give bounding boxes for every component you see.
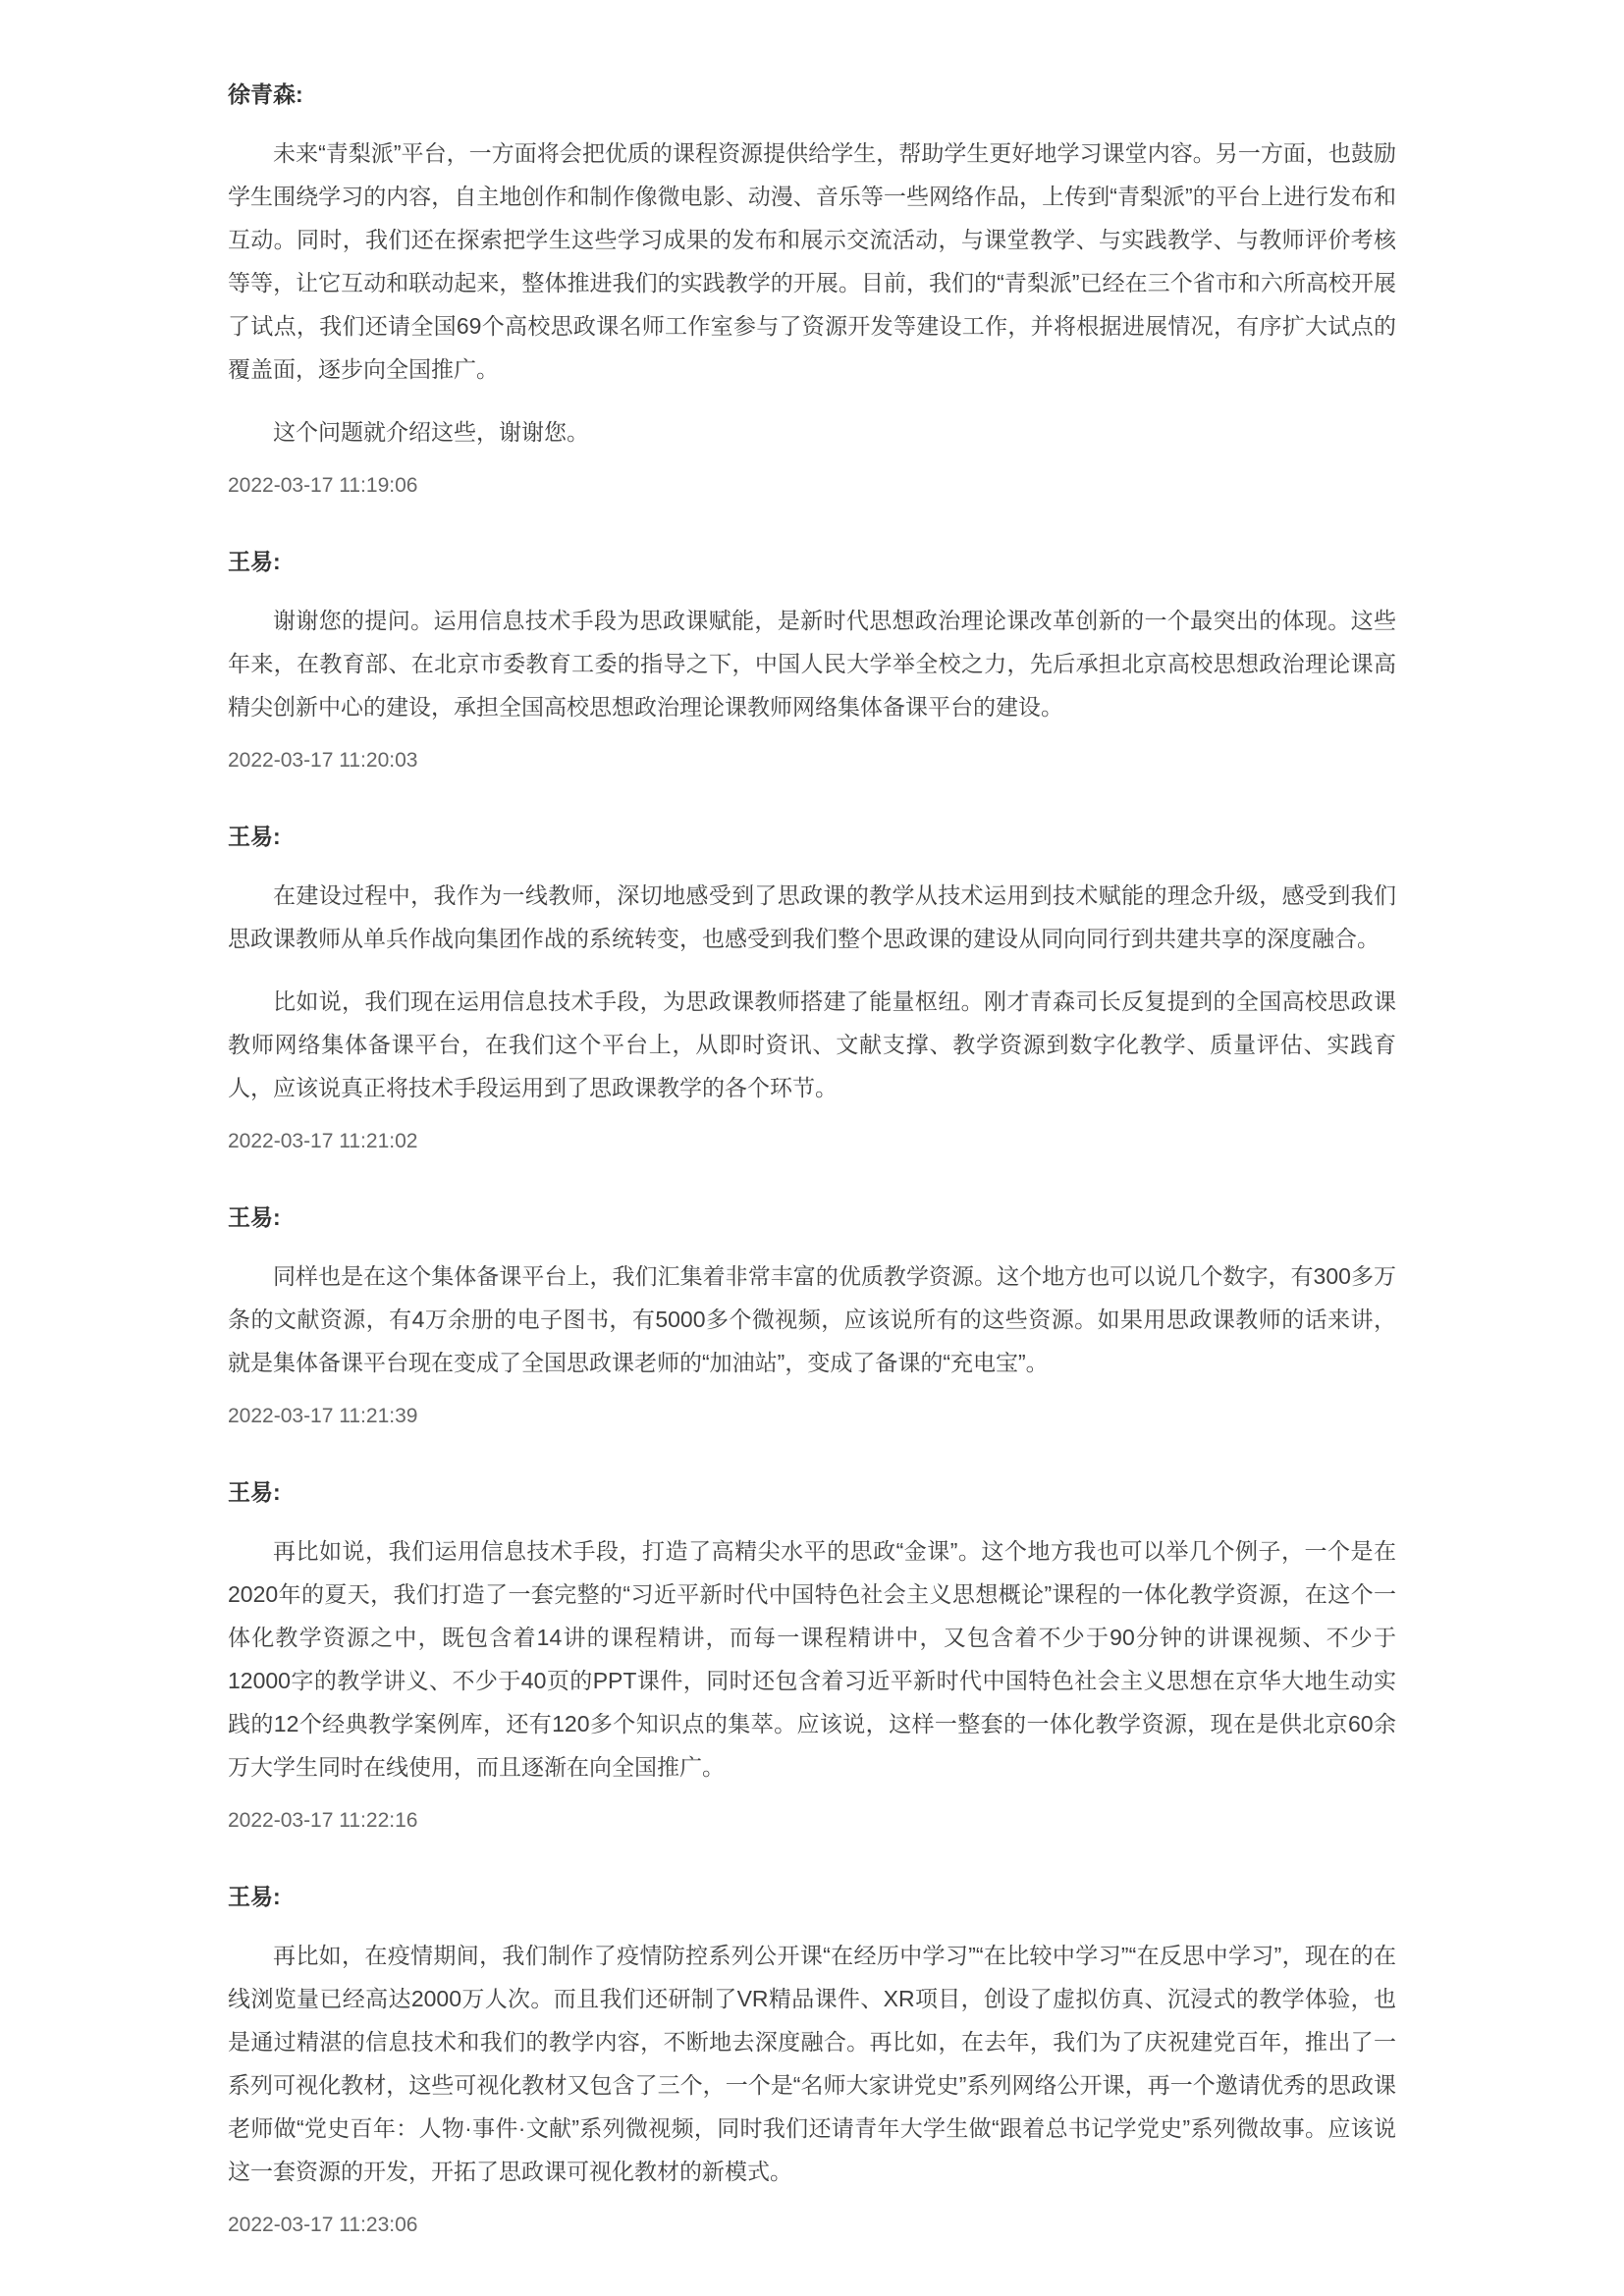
transcript-entry: 王易: 谢谢您的提问。运用信息技术手段为思政课赋能，是新时代思想政治理论课改革创… [228, 548, 1396, 774]
paragraph: 谢谢您的提问。运用信息技术手段为思政课赋能，是新时代思想政治理论课改革创新的一个… [228, 599, 1396, 728]
paragraph: 未来“青梨派”平台，一方面将会把优质的课程资源提供给学生，帮助学生更好地学习课堂… [228, 132, 1396, 391]
paragraph: 这个问题就介绍这些，谢谢您。 [228, 410, 1396, 454]
transcript-entry: 王易: 同样也是在这个集体备课平台上，我们汇集着非常丰富的优质教学资源。这个地方… [228, 1203, 1396, 1429]
transcript-page: 徐青森: 未来“青梨派”平台，一方面将会把优质的课程资源提供给学生，帮助学生更好… [228, 0, 1396, 2238]
transcript-entry: 徐青森: 未来“青梨派”平台，一方面将会把优质的课程资源提供给学生，帮助学生更好… [228, 80, 1396, 499]
transcript-entry: 王易: 在建设过程中，我作为一线教师，深切地感受到了思政课的教学从技术运用到技术… [228, 823, 1396, 1154]
timestamp: 2022-03-17 11:22:16 [228, 1808, 1396, 1834]
timestamp: 2022-03-17 11:21:39 [228, 1404, 1396, 1429]
speaker-name: 王易: [228, 1203, 1396, 1231]
transcript-entry: 王易: 再比如，在疫情期间，我们制作了疫情防控系列公开课“在经历中学习”“在比较… [228, 1883, 1396, 2238]
paragraph: 比如说，我们现在运用信息技术手段，为思政课教师搭建了能量枢纽。刚才青森司长反复提… [228, 980, 1396, 1109]
paragraph: 再比如说，我们运用信息技术手段，打造了高精尖水平的思政“金课”。这个地方我也可以… [228, 1529, 1396, 1789]
speaker-name: 王易: [228, 1883, 1396, 1910]
timestamp: 2022-03-17 11:21:02 [228, 1129, 1396, 1154]
paragraph: 同样也是在这个集体备课平台上，我们汇集着非常丰富的优质教学资源。这个地方也可以说… [228, 1255, 1396, 1384]
transcript-entry: 王易: 再比如说，我们运用信息技术手段，打造了高精尖水平的思政“金课”。这个地方… [228, 1478, 1396, 1834]
timestamp: 2022-03-17 11:23:06 [228, 2213, 1396, 2238]
timestamp: 2022-03-17 11:19:06 [228, 473, 1396, 499]
paragraph: 在建设过程中，我作为一线教师，深切地感受到了思政课的教学从技术运用到技术赋能的理… [228, 874, 1396, 960]
speaker-name: 王易: [228, 823, 1396, 850]
timestamp: 2022-03-17 11:20:03 [228, 748, 1396, 774]
speaker-name: 徐青森: [228, 80, 1396, 108]
speaker-name: 王易: [228, 1478, 1396, 1506]
paragraph: 再比如，在疫情期间，我们制作了疫情防控系列公开课“在经历中学习”“在比较中学习”… [228, 1934, 1396, 2193]
speaker-name: 王易: [228, 548, 1396, 575]
